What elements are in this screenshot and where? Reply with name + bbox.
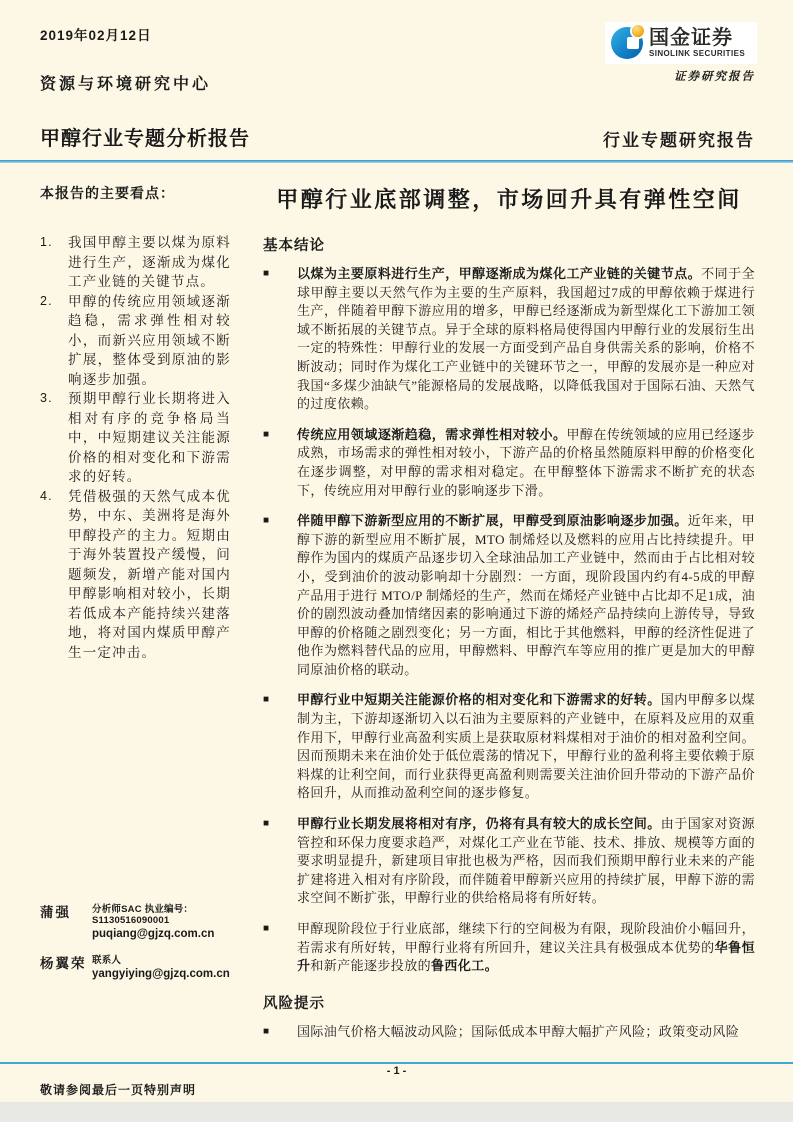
risk-heading: 风险提示 <box>263 992 755 1013</box>
sinolink-logo-icon <box>611 27 643 59</box>
bullet-item: ■甲醇行业中短期关注能源价格的相对变化和下游需求的好转。国内甲醇多以煤制为主，下… <box>263 691 755 803</box>
bullet-item: ■甲醇现阶段位于行业底部，继续下行的空间极为有限，现阶段油价小幅回升，若需求有所… <box>263 920 755 976</box>
bullet-square-icon: ■ <box>263 1023 297 1042</box>
bullet-text: 甲醇行业中短期关注能源价格的相对变化和下游需求的好转。国内甲醇多以煤制为主，下游… <box>297 691 755 803</box>
highlight-number: 1. <box>40 233 68 292</box>
page-number: - 1 - <box>0 1065 793 1077</box>
bullet-segment: 甲醇行业中短期关注能源价格的相对变化和下游需求的好转。 <box>297 692 661 707</box>
analyst-role: 分析师SAC 执业编号：S1130516090001 <box>92 901 240 926</box>
viewer-gutter <box>0 1102 793 1122</box>
highlights-list: 1.我国甲醇主要以煤为原料进行生产，逐渐成为煤化工产业链的关键节点。2.甲醇的传… <box>40 233 231 662</box>
bullet-square-icon: ■ <box>263 265 297 414</box>
brand-logo: 国金证券 SINOLINK SECURITIES <box>605 22 757 64</box>
title-row: 甲醇行业专题分析报告 行业专题研究报告 <box>40 122 755 151</box>
analyst-email-link[interactable]: puqiang@gjzq.com.cn <box>92 928 214 940</box>
highlight-item: 3.预期甲醇行业长期将进入相对有序的竞争格局当中，中短期建议关注能源价格的相对变… <box>40 389 231 487</box>
highlight-number: 2. <box>40 292 68 390</box>
department-name: 资源与环境研究中心 <box>40 71 755 94</box>
analyst-role: 联系人 <box>92 952 230 966</box>
analyst-name: 杨翼荣 <box>40 952 92 980</box>
bullet-square-icon: ■ <box>263 920 297 976</box>
analyst-info: 分析师SAC 执业编号：S1130516090001puqiang@gjzq.c… <box>92 901 240 940</box>
footer-divider <box>0 1062 793 1064</box>
bullet-item: ■伴随甲醇下游新型应用的不断扩展，甲醇受到原油影响逐步加强。近年来，甲醇下游的新… <box>263 512 755 679</box>
bullet-item: ■以煤为主要原料进行生产，甲醇逐渐成为煤化工产业链的关键节点。不同于全球甲醇主要… <box>263 265 755 414</box>
bullet-item: ■传统应用领域逐渐趋稳，需求弹性相对较小。甲醇在传统领域的应用已经逐步成熟，市场… <box>263 426 755 500</box>
bullet-item: ■国际油气价格大幅波动风险；国际低成本甲醇大幅扩产风险；政策变动风险 <box>263 1023 755 1042</box>
highlight-number: 4. <box>40 487 68 663</box>
brand-name-en: SINOLINK SECURITIES <box>649 50 745 58</box>
risk-bullets: ■国际油气价格大幅波动风险；国际低成本甲醇大幅扩产风险；政策变动风险 <box>263 1023 755 1042</box>
analyst-row: 杨翼荣联系人yangyiying@gjzq.com.cn <box>40 952 240 980</box>
analyst-name: 蒲强 <box>40 901 92 940</box>
bullet-segment: 以煤为主要原料进行生产，甲醇逐渐成为煤化工产业链的关键节点。 <box>297 266 701 281</box>
bullet-text: 国际油气价格大幅波动风险；国际低成本甲醇大幅扩产风险；政策变动风险 <box>297 1023 739 1042</box>
analyst-email: puqiang@gjzq.com.cn <box>92 928 240 940</box>
header: 2019年02月12日 国金证券 SINOLINK SECURITIES 证券研… <box>0 0 793 151</box>
sidebar: 本报告的主要看点： 1.我国甲醇主要以煤为原料进行生产，逐渐成为煤化工产业链的关… <box>40 183 231 1028</box>
brand-name-cn: 国金证券 <box>649 28 745 48</box>
bullet-text: 伴随甲醇下游新型应用的不断扩展，甲醇受到原油影响逐步加强。近年来，甲醇下游的新型… <box>297 512 755 679</box>
bullet-square-icon: ■ <box>263 426 297 500</box>
bullet-square-icon: ■ <box>263 815 297 908</box>
document-sheet: 2019年02月12日 国金证券 SINOLINK SECURITIES 证券研… <box>0 0 793 1102</box>
analysts-block: 蒲强分析师SAC 执业编号：S1130516090001puqiang@gjzq… <box>40 901 240 992</box>
report-type-label: 行业专题研究报告 <box>603 126 755 151</box>
highlight-number: 3. <box>40 389 68 487</box>
logo-notch-shape <box>627 37 639 49</box>
page-title: 甲醇行业底部调整，市场回升具有弹性空间 <box>263 183 755 214</box>
bullet-text: 传统应用领域逐渐趋稳，需求弹性相对较小。甲醇在传统领域的应用已经逐步成熟，市场需… <box>297 426 755 500</box>
bullet-segment: 国际油气价格大幅波动风险；国际低成本甲醇大幅扩产风险；政策变动风险 <box>297 1024 739 1039</box>
bullet-segment: 甲醇现阶段位于行业底部，继续下行的空间极为有限，现阶段油价小幅回升，若需求有所好… <box>297 921 755 955</box>
report-page: 2019年02月12日 国金证券 SINOLINK SECURITIES 证券研… <box>0 0 793 1122</box>
bullet-segment: 传统应用领域逐渐趋稳，需求弹性相对较小。 <box>297 427 566 442</box>
highlight-item: 4.凭借极强的天然气成本优势，中东、美洲将是海外甲醇投产的主力。短期由于海外装置… <box>40 487 231 663</box>
analyst-email: yangyiying@gjzq.com.cn <box>92 968 230 980</box>
bullet-square-icon: ■ <box>263 691 297 803</box>
logo-gold-ball-icon <box>632 25 644 37</box>
bullet-segment: 不同于全球甲醇主要以天然气作为主要的生产原料，我国超过7成的甲醇依赖于煤进行生产… <box>297 266 755 411</box>
bullet-square-icon: ■ <box>263 512 297 679</box>
highlight-text: 甲醇的传统应用领域逐渐趋稳，需求弹性相对较小，而新兴应用领域不断扩展，整体受到原… <box>68 292 231 390</box>
analyst-row: 蒲强分析师SAC 执业编号：S1130516090001puqiang@gjzq… <box>40 901 240 940</box>
bullet-item: ■甲醇行业长期发展将相对有序，仍将有具有较大的成长空间。由于国家对资源管控和环保… <box>263 815 755 908</box>
analyst-info: 联系人yangyiying@gjzq.com.cn <box>92 952 230 980</box>
highlight-text: 凭借极强的天然气成本优势，中东、美洲将是海外甲醇投产的主力。短期由于海外装置投产… <box>68 487 231 663</box>
conclusion-heading: 基本结论 <box>263 234 755 255</box>
body: 本报告的主要看点： 1.我国甲醇主要以煤为原料进行生产，逐渐成为煤化工产业链的关… <box>0 163 793 1028</box>
report-series-title: 甲醇行业专题分析报告 <box>40 122 250 151</box>
footer-disclaimer: 敬请参阅最后一页特别声明 <box>40 1081 196 1098</box>
bullet-text: 甲醇行业长期发展将相对有序，仍将有具有较大的成长空间。由于国家对资源管控和环保力… <box>297 815 755 908</box>
main-content: 甲醇行业底部调整，市场回升具有弹性空间 基本结论 ■以煤为主要原料进行生产，甲醇… <box>263 183 755 1028</box>
conclusion-bullets: ■以煤为主要原料进行生产，甲醇逐渐成为煤化工产业链的关键节点。不同于全球甲醇主要… <box>263 265 755 976</box>
bullet-text: 以煤为主要原料进行生产，甲醇逐渐成为煤化工产业链的关键节点。不同于全球甲醇主要以… <box>297 265 755 414</box>
bullet-segment: 和新产能逐步投放的 <box>310 958 431 973</box>
bullet-text: 甲醇现阶段位于行业底部，继续下行的空间极为有限，现阶段油价小幅回升，若需求有所好… <box>297 920 755 976</box>
analyst-email-link[interactable]: yangyiying@gjzq.com.cn <box>92 968 230 980</box>
highlight-item: 1.我国甲醇主要以煤为原料进行生产，逐渐成为煤化工产业链的关键节点。 <box>40 233 231 292</box>
bullet-segment: 近年来，甲醇下游的新型应用不断扩展，MTO 制烯烃以及燃料的应用占比持续提升。甲… <box>297 513 755 677</box>
bullet-segment: 甲醇行业长期发展将相对有序，仍将有具有较大的成长空间。 <box>297 816 661 831</box>
bullet-segment: 国内甲醇多以煤制为主，下游却逐渐切入以石油为主要原料的产业链中，在原料及应用的双… <box>297 692 755 800</box>
bullet-segment: 鲁西化工。 <box>431 958 498 973</box>
highlight-text: 预期甲醇行业长期将进入相对有序的竞争格局当中，中短期建议关注能源价格的相对变化和… <box>68 389 231 487</box>
brand-tagline: 证券研究报告 <box>674 68 755 84</box>
highlight-text: 我国甲醇主要以煤为原料进行生产，逐渐成为煤化工产业链的关键节点。 <box>68 233 231 292</box>
highlight-item: 2.甲醇的传统应用领域逐渐趋稳，需求弹性相对较小，而新兴应用领域不断扩展，整体受… <box>40 292 231 390</box>
sidebar-heading: 本报告的主要看点： <box>40 183 231 203</box>
bullet-segment: 伴随甲醇下游新型应用的不断扩展，甲醇受到原油影响逐步加强。 <box>297 513 688 528</box>
brand-text: 国金证券 SINOLINK SECURITIES <box>649 28 745 58</box>
